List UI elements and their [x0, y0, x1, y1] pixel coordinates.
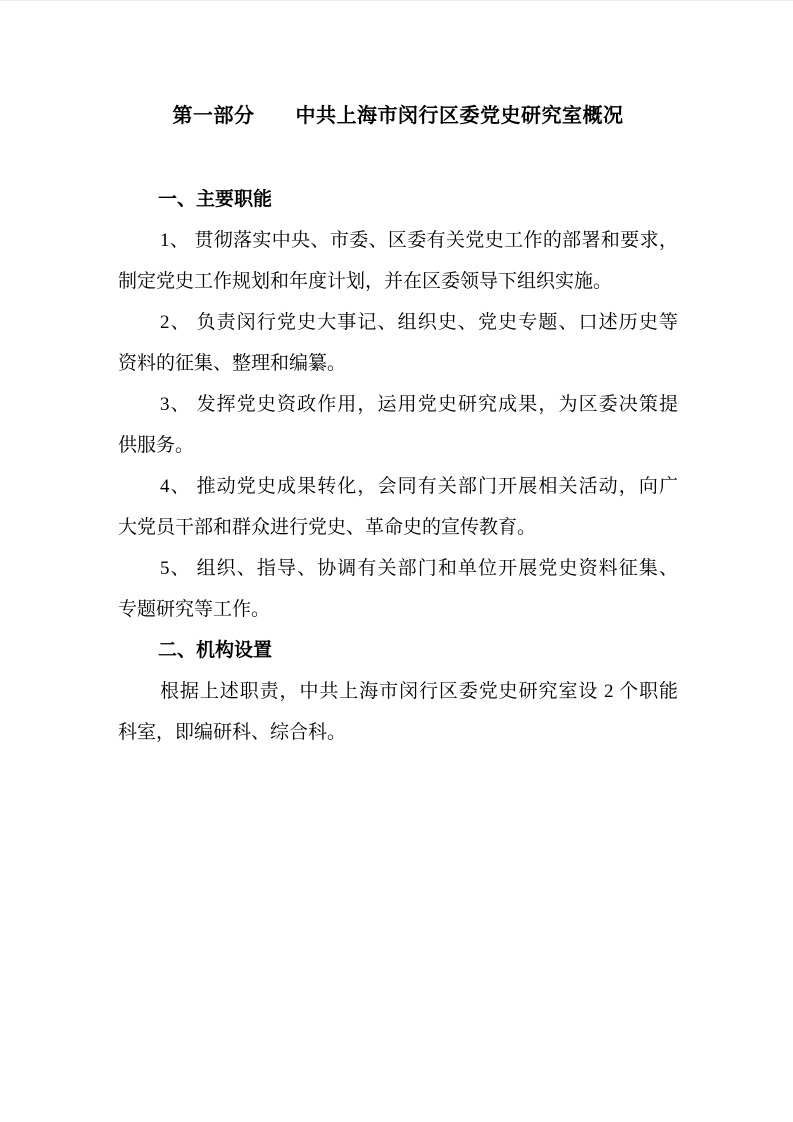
paragraph-line: 科室，即编研科、综合科。: [118, 712, 678, 753]
paragraph-line: 专题研究等工作。: [118, 589, 678, 630]
document-title: 第一部分 中共上海市闵行区委党史研究室概况: [118, 101, 678, 131]
paragraph-line: 大党员干部和群众进行党史、革命史的宣传教育。: [118, 507, 678, 548]
paragraph-line: 资料的征集、整理和编纂。: [118, 343, 678, 384]
paragraph-line: 根据上述职责，中共上海市闵行区委党史研究室设 2 个职能: [118, 671, 678, 712]
document-page: 第一部分 中共上海市闵行区委党史研究室概况 一、主要职能 1、 贯彻落实中央、市…: [0, 0, 793, 1122]
page-content: 第一部分 中共上海市闵行区委党史研究室概况 一、主要职能 1、 贯彻落实中央、市…: [118, 1, 678, 753]
paragraph-line: 3、 发挥党史资政作用，运用党史研究成果，为区委决策提: [118, 384, 678, 425]
section-1-heading: 一、主要职能: [118, 179, 678, 220]
paragraph-line: 2、 负责闵行党史大事记、组织史、党史专题、口述历史等: [118, 302, 678, 343]
paragraph-line: 4、 推动党史成果转化，会同有关部门开展相关活动，向广: [118, 466, 678, 507]
paragraph-line: 制定党史工作规划和年度计划，并在区委领导下组织实施。: [118, 261, 678, 302]
paragraph-line: 5、 组织、指导、协调有关部门和单位开展党史资料征集、: [118, 548, 678, 589]
paragraph-line: 供服务。: [118, 425, 678, 466]
paragraph-line: 1、 贯彻落实中央、市委、区委有关党史工作的部署和要求，: [118, 220, 678, 261]
section-2-heading: 二、机构设置: [118, 630, 678, 671]
